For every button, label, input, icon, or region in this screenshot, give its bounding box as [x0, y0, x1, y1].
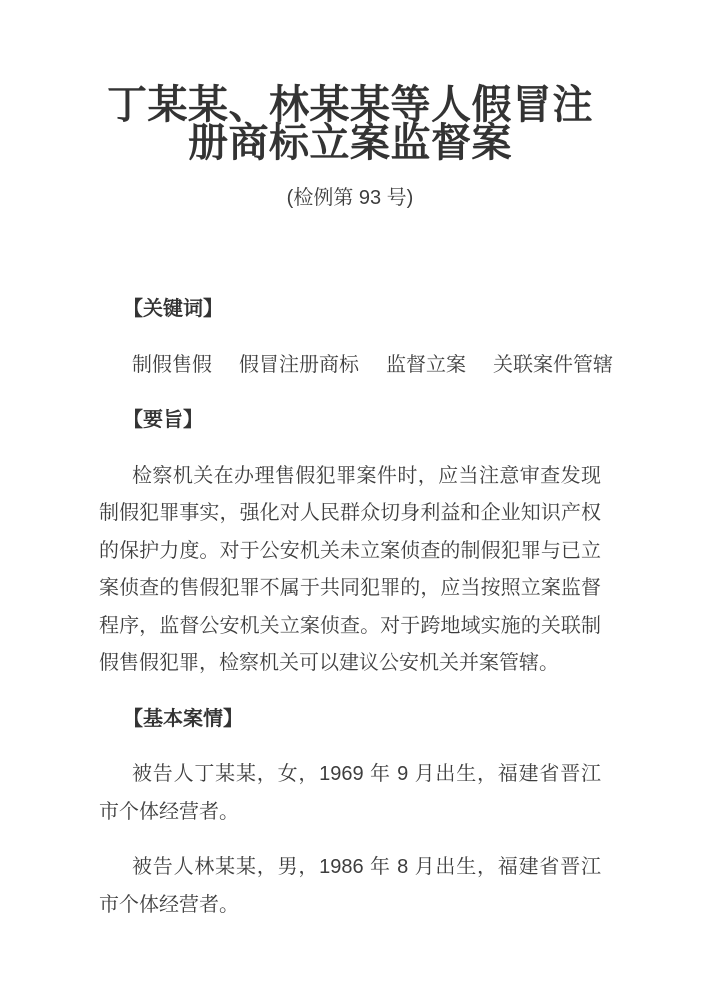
keywords-heading: 【关键词】	[99, 291, 601, 329]
document-title: 丁某某、林某某等人假冒注册商标立案监督案	[99, 87, 601, 162]
summary-paragraph: 检察机关在办理售假犯罪案件时，应当注意审查发现制假犯罪事实，强化对人民群众切身利…	[99, 458, 601, 683]
case-number: (检例第 93 号)	[99, 180, 601, 218]
blank-line	[99, 236, 601, 274]
facts-heading: 【基本案情】	[99, 701, 601, 739]
keyword-item: 制假售假	[132, 347, 212, 385]
keywords-list: 制假售假 假冒注册商标 监督立案 关联案件管辖	[99, 347, 601, 385]
facts-paragraph: 被告人林某某，男，1986 年 8 月出生，福建省晋江市个体经营者。	[99, 849, 601, 924]
keyword-item: 关联案件管辖	[493, 347, 613, 385]
keyword-item: 假冒注册商标	[239, 347, 359, 385]
keyword-item: 监督立案	[386, 347, 466, 385]
summary-heading: 【要旨】	[99, 402, 601, 440]
document-page: 丁某某、林某某等人假冒注册商标立案监督案 (检例第 93 号) 【关键词】 制假…	[0, 0, 707, 999]
facts-paragraph: 被告人丁某某，女，1969 年 9 月出生，福建省晋江市个体经营者。	[99, 756, 601, 831]
